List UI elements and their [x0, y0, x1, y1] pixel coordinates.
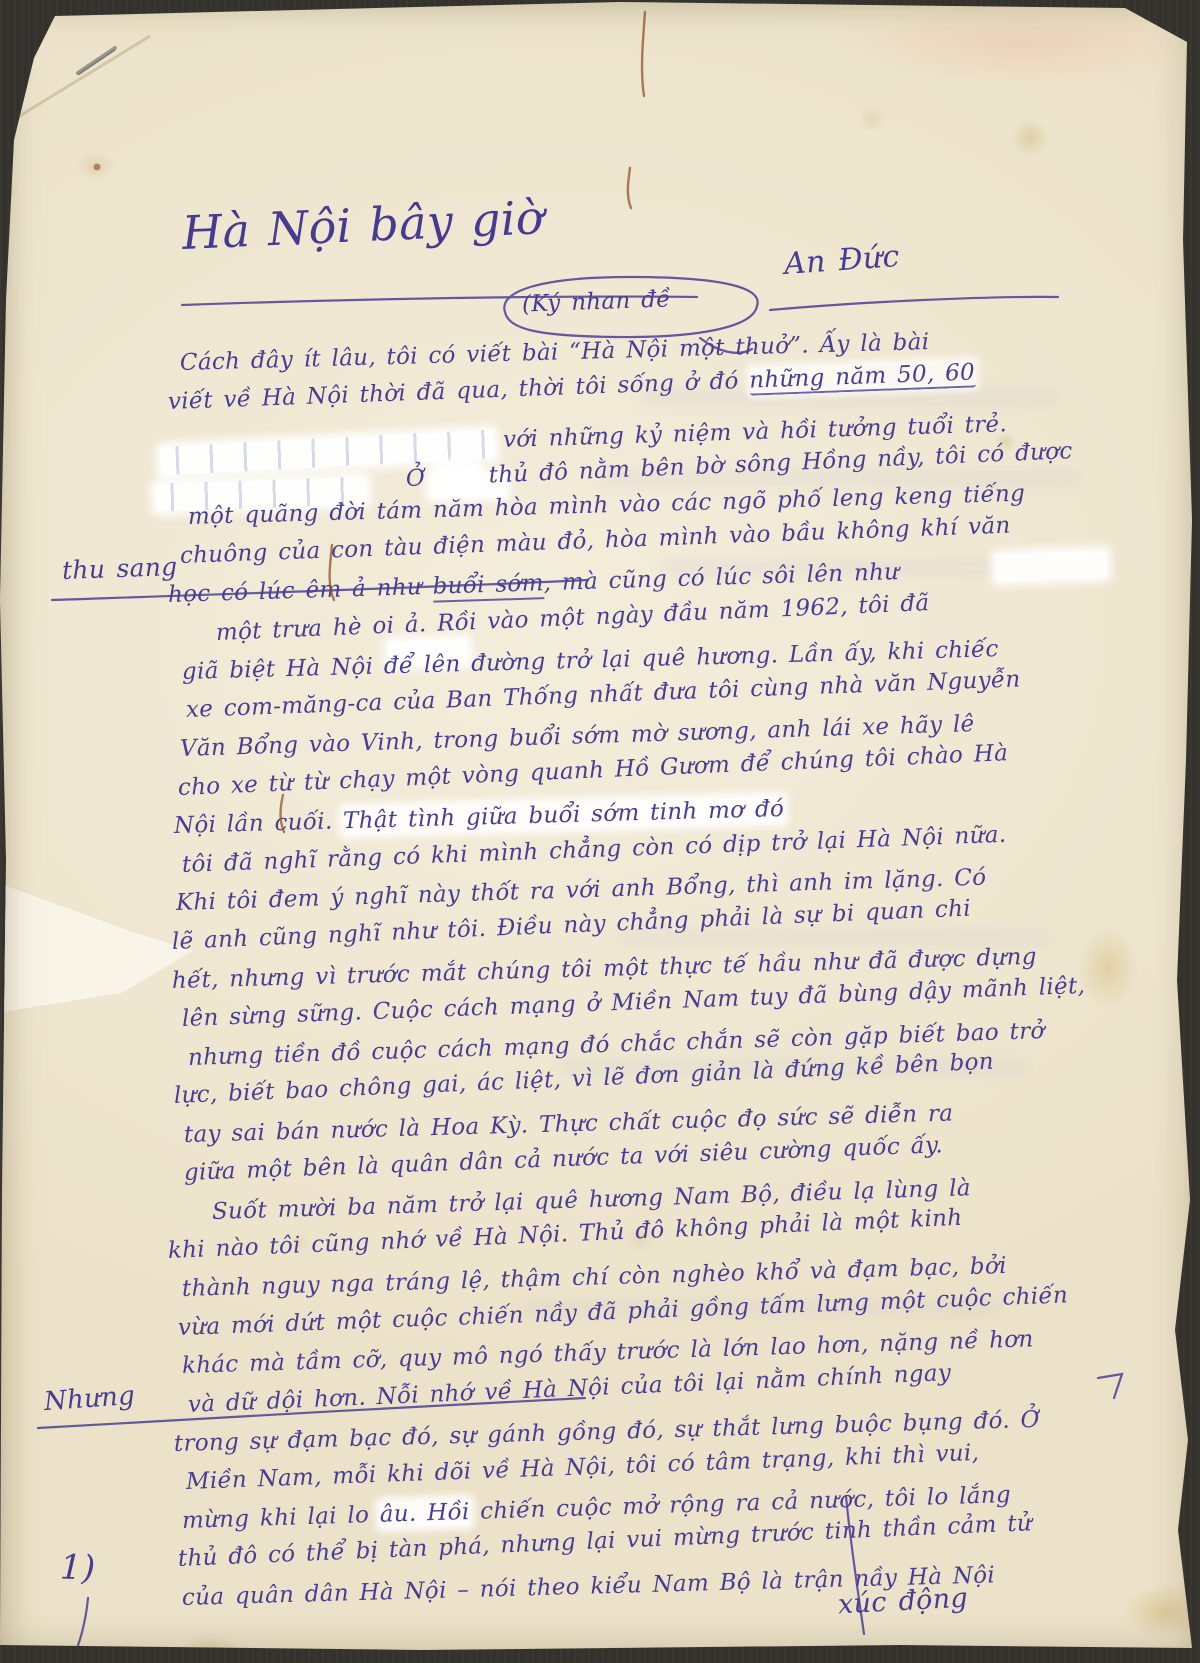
line-text: mừng khi lại lo	[182, 1502, 381, 1534]
margin-note-nhung: Nhưng	[43, 1381, 136, 1417]
rust-stain-streak	[628, 168, 631, 208]
paper-sheet: Hà Nội bây giờ An Đức (Ký nhan đề thu sa…	[0, 0, 1200, 1663]
rust-stain-streak	[642, 12, 645, 96]
line-text-marked	[435, 463, 479, 491]
annotation-bubble-text: (Ký nhan đề	[522, 286, 671, 317]
signature-underline	[770, 297, 1058, 310]
line-text: Ở	[405, 465, 436, 492]
line-text-marked: âu. Hồi	[379, 1499, 470, 1528]
manuscript-photo: Hà Nội bây giờ An Đức (Ký nhan đề thu sa…	[0, 0, 1200, 1663]
staple-shadow	[78, 50, 115, 75]
author-signature: An Đức	[783, 239, 901, 282]
line-text-marked: buổi sớm	[432, 570, 544, 602]
page-title: Hà Nội bây giờ	[181, 190, 545, 260]
margin-note-thu-sang: thu sang	[62, 552, 178, 585]
staple	[78, 48, 115, 73]
page-number-flourish	[72, 1598, 88, 1660]
fold-crease	[0, 36, 150, 128]
line-text: học có lúc êm ả như	[168, 573, 433, 607]
line-text: Nội lần cuối.	[174, 808, 344, 839]
page-number: 1)	[59, 1547, 96, 1588]
manuscript-body: Cách đây ít lâu, tôi có viết bài “Hà Nội…	[168, 344, 1158, 1618]
line-text-marked: những năm 50, 60	[749, 359, 976, 395]
rust-stain-dot	[94, 164, 101, 171]
